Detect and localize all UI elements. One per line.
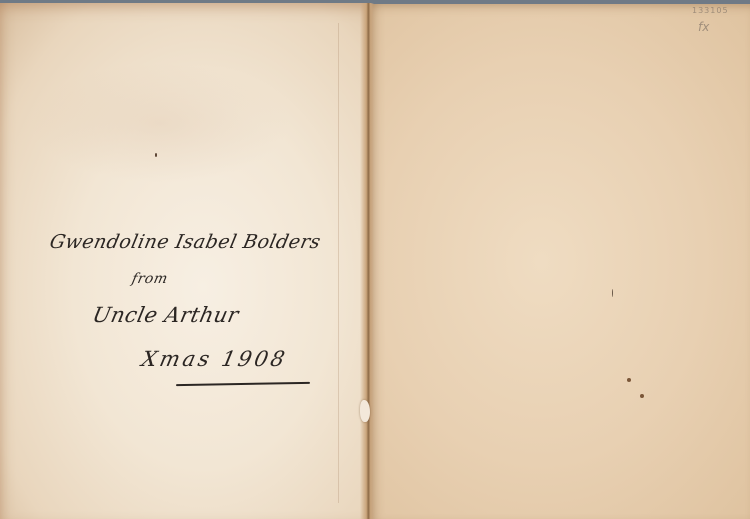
pencil-catalog-number: 133105 (692, 6, 729, 15)
paper-tear (360, 400, 370, 422)
right-endpaper (370, 4, 750, 519)
left-endpaper: Gwendoline Isabel Bolders from Uncle Art… (0, 3, 370, 519)
foxing-mark (612, 289, 613, 297)
foxing-spot (627, 378, 631, 382)
inscription-underline (176, 382, 310, 386)
book-gutter (360, 3, 374, 519)
inscription-recipient: Gwendoline Isabel Bolders (48, 231, 323, 253)
inscription-giver: Uncle Arthur (90, 303, 241, 327)
ink-speck (155, 153, 157, 157)
pencil-code: fx (698, 20, 709, 34)
inscription-date: Xmas 1908 (139, 347, 289, 371)
book-spread: Gwendoline Isabel Bolders from Uncle Art… (0, 0, 750, 519)
foxing-spot (640, 394, 644, 398)
page-fold-line (338, 23, 339, 503)
inscription-from: from (130, 271, 169, 287)
show-through-print (30, 63, 290, 183)
